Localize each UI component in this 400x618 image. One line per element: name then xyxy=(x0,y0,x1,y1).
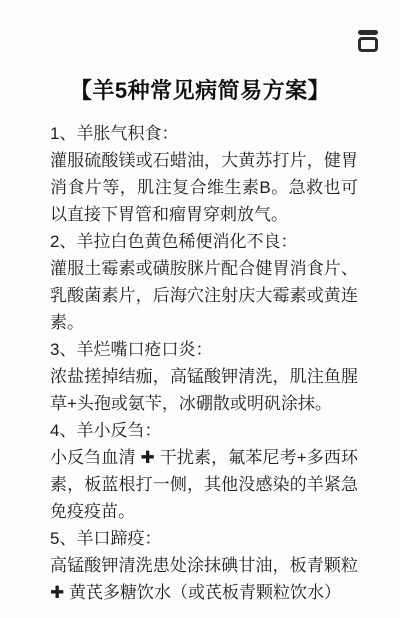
section-heading: 4、羊小反刍： xyxy=(50,417,358,444)
disease-section-4: 4、羊小反刍： 小反刍血清 ✚ 干扰素，氟苯尼考+多西环素，板蓝根打一侧，其他没… xyxy=(50,417,358,525)
note-page: 【羊5种常见病简易方案】 1、羊胀气积食： 灌服硫酸镁或石蜡油，大黄苏打片，健胃… xyxy=(0,0,400,618)
section-heading: 5、羊口蹄疫： xyxy=(50,525,358,552)
section-body: 小反刍血清 ✚ 干扰素，氟苯尼考+多西环素，板蓝根打一侧，其他没感染的羊紧急免疫… xyxy=(50,444,358,525)
archive-box-icon[interactable] xyxy=(358,30,378,52)
section-body: 灌服土霉素或磺胺脒片配合健胃消食片、乳酸菌素片，后海穴注射庆大霉素或黄连素。 xyxy=(50,255,358,336)
archive-box-body xyxy=(358,37,378,52)
archive-box-lid xyxy=(358,30,378,35)
top-toolbar xyxy=(358,30,380,54)
page-title: 【羊5种常见病简易方案】 xyxy=(20,76,380,106)
section-heading: 2、羊拉白色黄色稀便消化不良： xyxy=(50,228,358,255)
section-body: 浓盐搓掉结痂，高锰酸钾清洗，肌注鱼腥草+头孢或氨苄，冰硼散或明矾涂抹。 xyxy=(50,363,358,417)
note-content: 1、羊胀气积食： 灌服硫酸镁或石蜡油，大黄苏打片，健胃消食片等，肌注复合维生素B… xyxy=(0,120,400,606)
disease-section-5: 5、羊口蹄疫： 高锰酸钾清洗患处涂抹碘甘油，板青颗粒 ✚ 黄芪多糖饮水（或芪板青… xyxy=(50,525,358,606)
disease-section-1: 1、羊胀气积食： 灌服硫酸镁或石蜡油，大黄苏打片，健胃消食片等，肌注复合维生素B… xyxy=(50,120,358,228)
disease-section-3: 3、羊烂嘴口疮口炎： 浓盐搓掉结痂，高锰酸钾清洗，肌注鱼腥草+头孢或氨苄，冰硼散… xyxy=(50,336,358,417)
section-heading: 1、羊胀气积食： xyxy=(50,120,358,147)
section-heading: 3、羊烂嘴口疮口炎： xyxy=(50,336,358,363)
disease-section-2: 2、羊拉白色黄色稀便消化不良： 灌服土霉素或磺胺脒片配合健胃消食片、乳酸菌素片，… xyxy=(50,228,358,336)
section-body: 灌服硫酸镁或石蜡油，大黄苏打片，健胃消食片等，肌注复合维生素B。急救也可以直接下… xyxy=(50,147,358,228)
section-body: 高锰酸钾清洗患处涂抹碘甘油，板青颗粒 ✚ 黄芪多糖饮水（或芪板青颗粒饮水） xyxy=(50,552,358,606)
